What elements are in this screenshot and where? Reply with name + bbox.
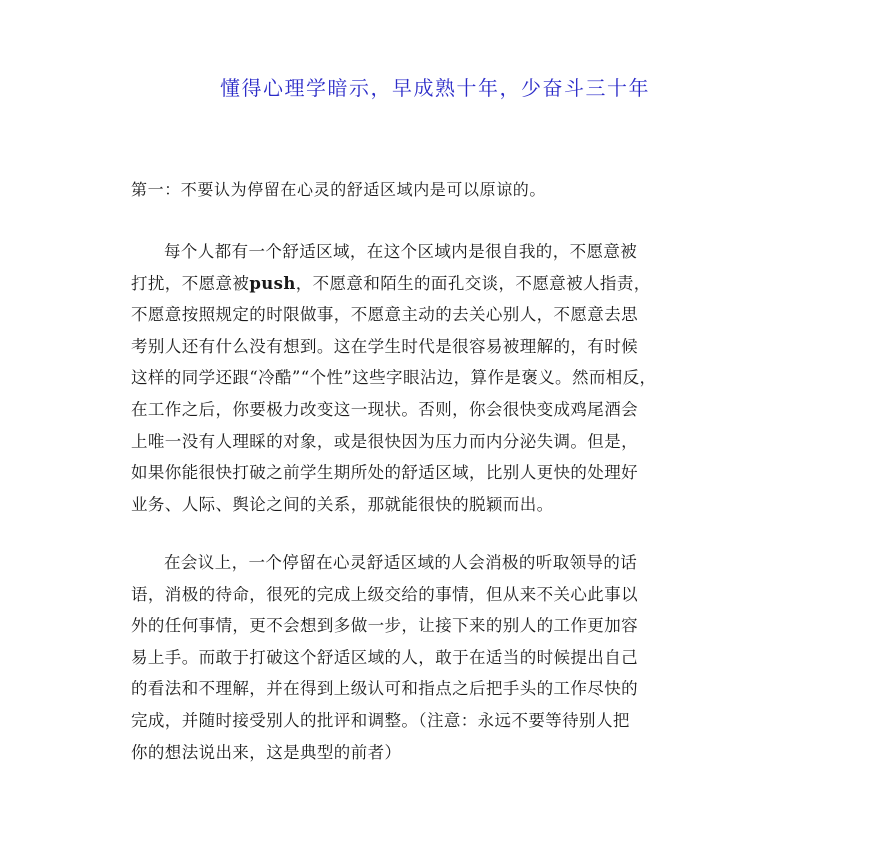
paragraph-line: 不愿意按照规定的时限做事，不愿意主动的去关心别人，不愿意去思 bbox=[131, 299, 751, 331]
paragraph-line: 的看法和不理解，并在得到上级认可和指点之后把手头的工作尽快的 bbox=[131, 673, 751, 705]
paragraph-line: 完成，并随时接受别人的批评和调整。（注意：永远不要等待别人把 bbox=[131, 705, 751, 737]
paragraph-line: 你的想法说出来，这是典型的前者） bbox=[131, 737, 751, 769]
text-segment: ，不愿意和陌生的面孔交谈，不愿意被人指责， bbox=[296, 274, 651, 293]
paragraph-2: 在会议上，一个停留在心灵舒适区域的人会消极的听取领导的话 语，消极的待命，很死的… bbox=[131, 547, 751, 768]
paragraph-line: 考别人还有什么没有想到。这在学生时代是很容易被理解的，有时候 bbox=[131, 331, 751, 363]
paragraph-line: 打扰，不愿意被push，不愿意和陌生的面孔交谈，不愿意被人指责， bbox=[131, 268, 751, 300]
paragraph-line: 在工作之后，你要极力改变这一现状。否则，你会很快变成鸡尾酒会 bbox=[131, 394, 751, 426]
document-page: 懂得心理学暗示，早成熟十年，少奋斗三十年 第一：不要认为停留在心灵的舒适区域内是… bbox=[0, 0, 870, 842]
section-heading: 第一：不要认为停留在心灵的舒适区域内是可以原谅的。 bbox=[131, 177, 546, 200]
bold-word: push bbox=[249, 274, 295, 293]
paragraph-1: 每个人都有一个舒适区域，在这个区域内是很自我的，不愿意被 打扰，不愿意被push… bbox=[131, 236, 751, 520]
paragraph-line: 在会议上，一个停留在心灵舒适区域的人会消极的听取领导的话 bbox=[131, 547, 751, 579]
document-title: 懂得心理学暗示，早成熟十年，少奋斗三十年 bbox=[0, 72, 870, 101]
paragraph-line: 上唯一没有人理睬的对象，或是很快因为压力而内分泌失调。但是， bbox=[131, 426, 751, 458]
text-segment: 打扰，不愿意被 bbox=[131, 274, 249, 293]
paragraph-line: 外的任何事情，更不会想到多做一步，让接下来的别人的工作更加容 bbox=[131, 610, 751, 642]
paragraph-line: 如果你能很快打破之前学生期所处的舒适区域，比别人更快的处理好 bbox=[131, 457, 751, 489]
paragraph-line: 每个人都有一个舒适区域，在这个区域内是很自我的，不愿意被 bbox=[131, 236, 751, 268]
paragraph-line: 语，消极的待命，很死的完成上级交给的事情，但从来不关心此事以 bbox=[131, 579, 751, 611]
paragraph-line: 易上手。而敢于打破这个舒适区域的人，敢于在适当的时候提出自己 bbox=[131, 642, 751, 674]
paragraph-line: 业务、人际、舆论之间的关系，那就能很快的脱颖而出。 bbox=[131, 489, 751, 521]
paragraph-line: 这样的同学还跟“冷酷”“个性”这些字眼沾边，算作是褒义。然而相反， bbox=[131, 362, 751, 394]
